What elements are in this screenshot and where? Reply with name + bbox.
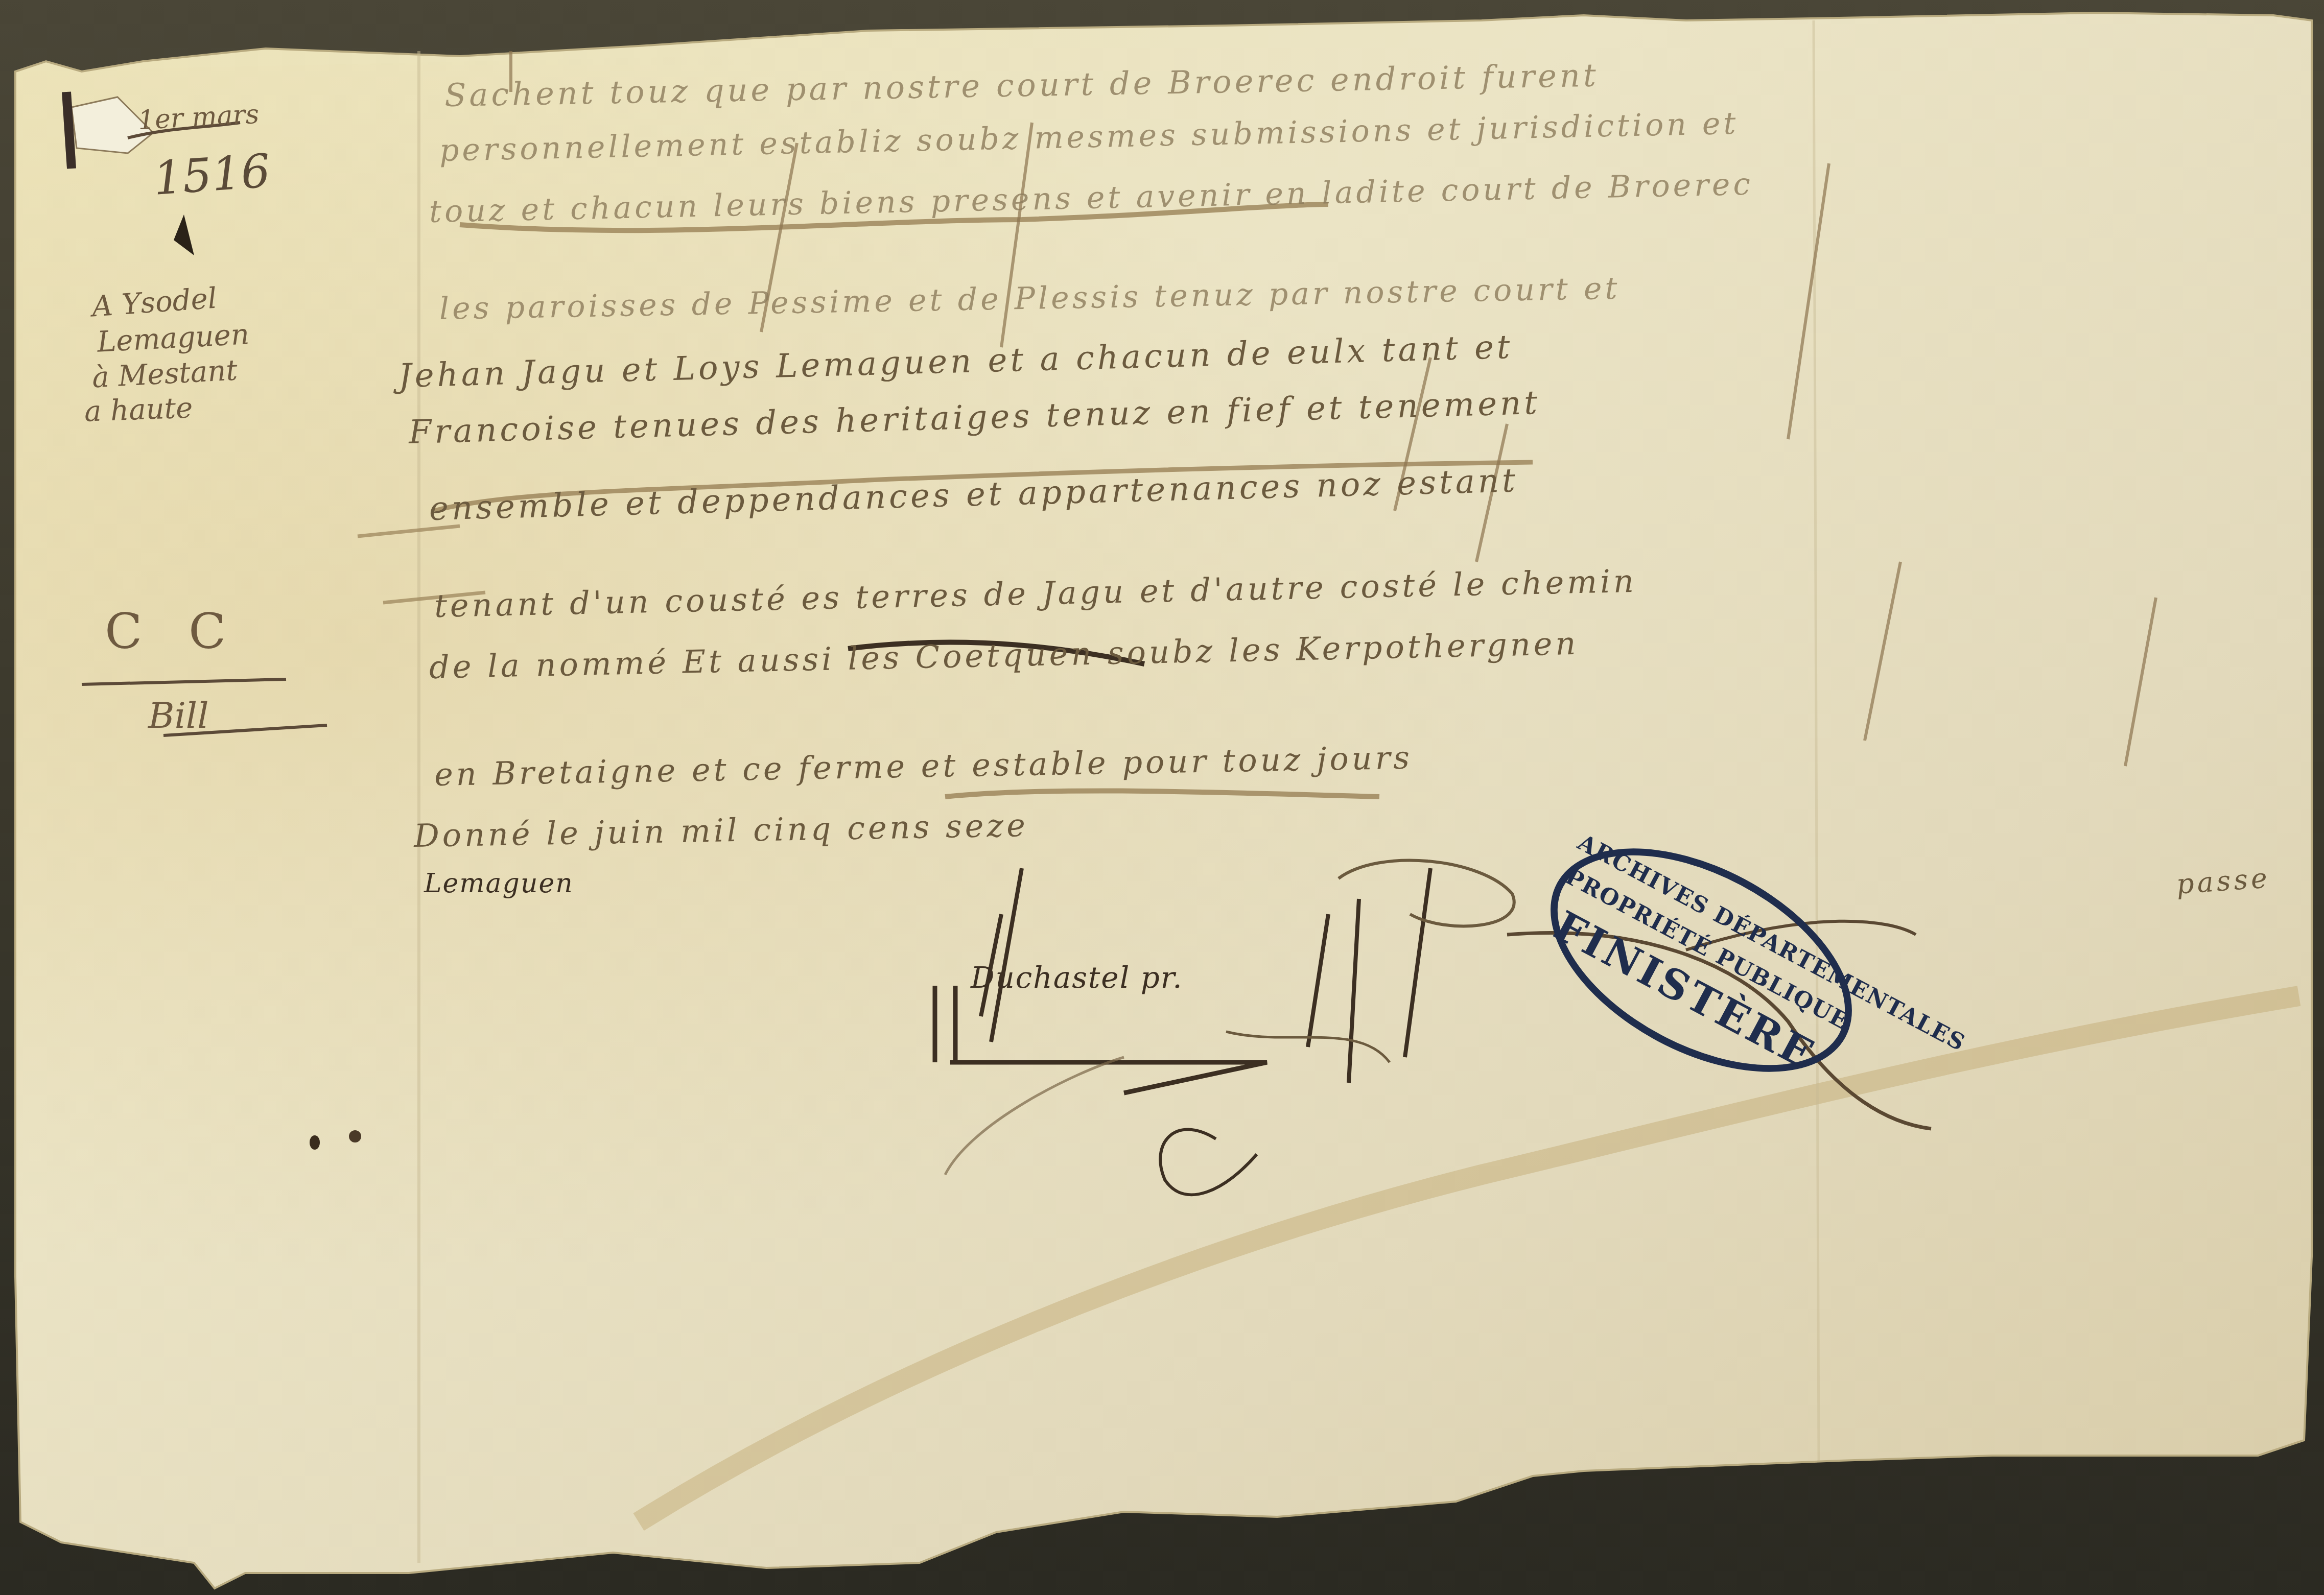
margin-date: 1516: [152, 144, 272, 206]
margin-mark-cc: C C: [105, 603, 241, 660]
margin-sub-mark: Bill: [148, 695, 209, 736]
margin-note-line-4: a haute: [84, 391, 193, 428]
margin-top-note: 1er mars: [137, 99, 260, 136]
signature-left: Lemaguen: [424, 868, 574, 899]
signature-center: Duchastel pr.: [971, 960, 1183, 995]
signature-right: passe: [2175, 862, 2271, 900]
parchment-shape: [0, 0, 2324, 1595]
parchment-sheet: 1er mars 1516 A Ysodel Lemaguen à Mestan…: [0, 0, 2324, 1595]
